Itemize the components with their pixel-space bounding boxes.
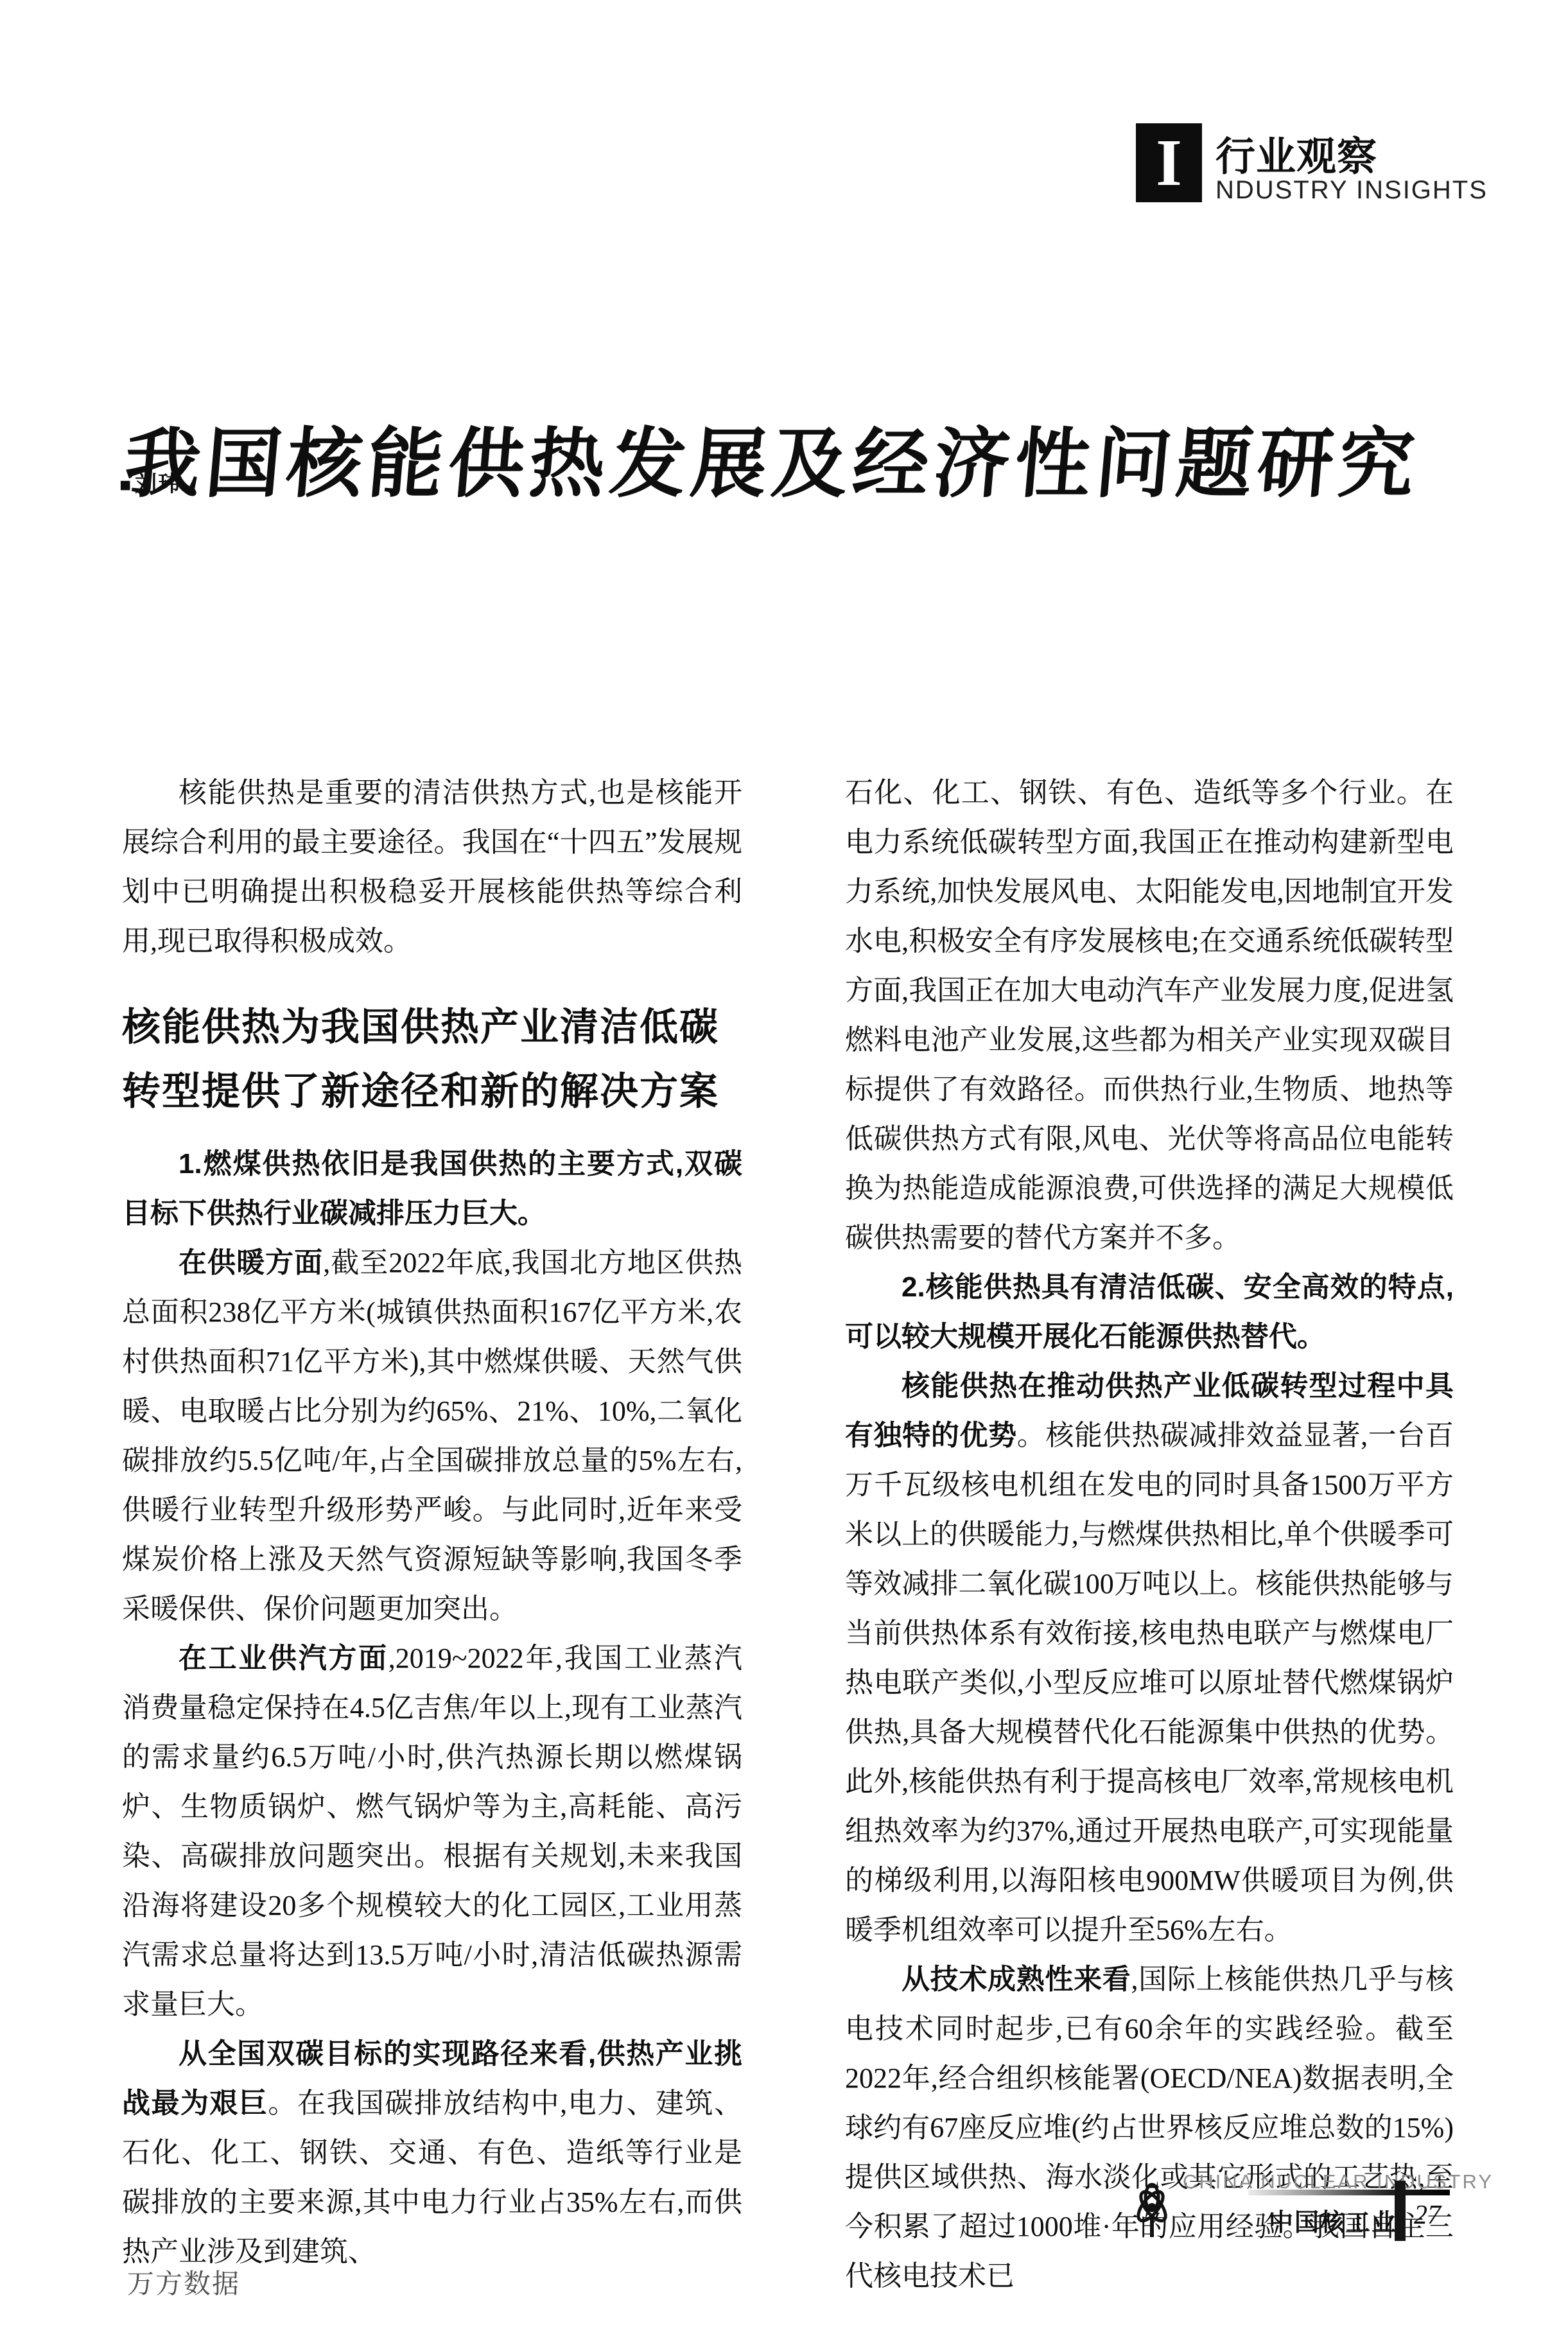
article-title: 我国核能供热发展及经济性问题研究 bbox=[121, 403, 1425, 512]
paragraph-heating-text: ,截至2022年底,我国北方地区供热总面积238亿平方米(城镇供热面积167亿平… bbox=[122, 1247, 742, 1625]
section-badge: I bbox=[1136, 123, 1202, 202]
section-heading: 核能供热为我国供热产业清洁低碳 转型提供了新途径和新的解决方案 bbox=[122, 995, 742, 1124]
wanfang-watermark: 万方数据 bbox=[127, 2263, 240, 2301]
author-name: 刘玮 bbox=[135, 472, 181, 496]
author-line: ■刘玮 bbox=[119, 466, 181, 498]
section-heading-line-2: 转型提供了新途径和新的解决方案 bbox=[122, 1070, 719, 1113]
atom-logo-icon bbox=[1131, 2179, 1172, 2240]
paragraph-steam: 在工业供汽方面,2019~2022年,我国工业蒸汽消费量稳定保持在4.5亿吉焦/… bbox=[122, 1634, 742, 2029]
section-title-en: NDUSTRY INSIGHTS bbox=[1215, 176, 1488, 205]
section-badge-letter: I bbox=[1156, 130, 1181, 196]
paragraph-advantages-text: 。核能供热碳减排效益显著,一台百万千瓦级核电机组在发电的同时具备1500万平方米… bbox=[845, 1420, 1454, 1946]
left-column: 核能供热是重要的清洁供热方式,也是核能开展综合利用的最主要途径。我国在“十四五”… bbox=[122, 768, 742, 2276]
paragraph-tech-maturity: 从技术成熟性来看,国际上核能供热几乎与核电技术同时起步,已有60余年的实践经验。… bbox=[845, 1955, 1454, 2301]
paragraph-heating-lead: 在供暖方面 bbox=[179, 1247, 323, 1278]
paragraph-advantages: 核能供热在推动供热产业低碳转型过程中具有独特的优势。核能供热碳减排效益显著,一台… bbox=[845, 1361, 1454, 1955]
paragraph-steam-text: ,2019~2022年,我国工业蒸汽消费量稳定保持在4.5亿吉焦/年以上,现有工… bbox=[122, 1643, 742, 2020]
page-number: 27 bbox=[1414, 2200, 1441, 2231]
section-heading-line-1: 核能供热为我国供热产业清洁低碳 bbox=[122, 1006, 719, 1049]
subheading-2: 2.核能供热具有清洁低碳、安全高效的特点,可以较大规模开展化石能源供热替代。 bbox=[845, 1262, 1454, 1361]
paragraph-continuation: 石化、化工、钢铁、有色、造纸等多个行业。在电力系统低碳转型方面,我国正在推动构建… bbox=[845, 768, 1454, 1262]
footer-gradient-line bbox=[1248, 2190, 1450, 2195]
paragraph-heating: 在供暖方面,截至2022年底,我国北方地区供热总面积238亿平方米(城镇供热面积… bbox=[122, 1238, 742, 1634]
paragraph-steam-lead: 在工业供汽方面 bbox=[179, 1643, 388, 1674]
footer-divider-bar bbox=[1395, 2181, 1406, 2241]
paragraph-dual-carbon: 从全国双碳目标的实现路径来看,供热产业挑战最为艰巨。在我国碳排放结构中,电力、建… bbox=[122, 2029, 742, 2276]
paragraph-tech-maturity-lead: 从技术成熟性来看 bbox=[902, 1964, 1131, 1995]
right-column: 石化、化工、钢铁、有色、造纸等多个行业。在电力系统低碳转型方面,我国正在推动构建… bbox=[845, 768, 1454, 2301]
magazine-page: I 行业观察 NDUSTRY INSIGHTS 我国核能供热发展及经济性问题研究… bbox=[0, 0, 1568, 2336]
section-title-cn: 行业观察 bbox=[1215, 125, 1377, 182]
author-marker-icon: ■ bbox=[119, 475, 132, 496]
paragraph-tech-maturity-text: ,国际上核能供热几乎与核电技术同时起步,已有60余年的实践经验。截至2022年,… bbox=[845, 1964, 1454, 2292]
intro-paragraph: 核能供热是重要的清洁供热方式,也是核能开展综合利用的最主要途径。我国在“十四五”… bbox=[122, 768, 742, 966]
footer-brand-cn: 中国核工业 bbox=[1269, 2202, 1397, 2238]
subheading-1: 1.燃煤供热依旧是我国供热的主要方式,双碳目标下供热行业碳减排压力巨大。 bbox=[122, 1139, 742, 1238]
